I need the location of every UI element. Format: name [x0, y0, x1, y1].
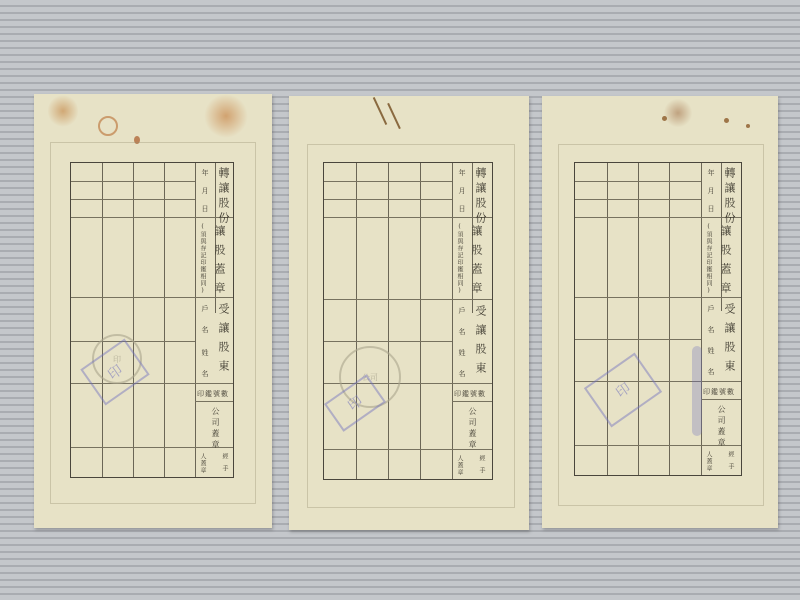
label-month: 月: [707, 187, 714, 196]
transfer-form-middle: 年 月 日 轉讓股份 (須與存記印鑑相同) 讓股蓋章 戶名 姓名 受讓股東 印鑑…: [289, 96, 529, 530]
label-day: 日: [707, 205, 714, 214]
label-handler-seal: 人蓋章: [199, 453, 205, 474]
label-month: 月: [458, 187, 465, 196]
label-household-name: 戶名: [458, 307, 465, 349]
form-title: 轉讓股份: [475, 167, 486, 227]
label-seal-section: 讓股蓋章: [720, 225, 731, 301]
form-grid: 年 月 日 轉讓股份 (須與存記印鑑相同) 讓股蓋章 戶名 姓名 受讓股東 印鑑…: [574, 162, 742, 476]
label-full-name: 姓名: [201, 349, 208, 391]
label-household-name: 戶名: [201, 305, 208, 347]
label-handler: 經手: [221, 453, 227, 477]
label-full-name: 姓名: [707, 347, 714, 389]
label-company-seal: 公司蓋章: [211, 407, 219, 451]
pencil-mark: [387, 103, 401, 129]
label-day: 日: [458, 205, 465, 214]
label-handler-seal: 人蓋章: [705, 451, 711, 472]
label-transferee: 受讓股東: [475, 305, 486, 381]
label-seal-section: 讓股蓋章: [471, 225, 482, 301]
label-year: 年: [458, 169, 465, 178]
label-day: 日: [201, 205, 208, 214]
label-seal-reg-no: 印鑑號數: [454, 389, 486, 399]
label-month: 月: [201, 187, 208, 196]
form-title: 轉讓股份: [218, 167, 229, 227]
rust-dot: [724, 118, 729, 123]
transfer-form-right: 年 月 日 轉讓股份 (須與存記印鑑相同) 讓股蓋章 戶名 姓名 受讓股東 印鑑…: [542, 96, 778, 528]
label-transferee: 受讓股東: [218, 303, 229, 379]
rust-dot: [662, 116, 667, 121]
transfer-form-left: 年 月 日 轉讓股份 (須與存記印鑑相同) 讓股蓋章 戶名 姓名 受讓股東 印鑑…: [34, 94, 272, 528]
rust-stain: [98, 116, 118, 136]
form-grid: 年 月 日 轉讓股份 (須與存記印鑑相同) 讓股蓋章 戶名 姓名 受讓股東 印鑑…: [70, 162, 234, 478]
label-year: 年: [707, 169, 714, 178]
blue-ink-streak: [692, 346, 702, 436]
label-company-seal: 公司蓋章: [717, 405, 725, 449]
label-household-name: 戶名: [707, 305, 714, 347]
label-company-seal: 公司蓋章: [468, 407, 476, 451]
label-full-name: 姓名: [458, 349, 465, 391]
form-title: 轉讓股份: [724, 167, 735, 227]
water-stain: [664, 98, 692, 128]
seal-note: (須與存記印鑑相同): [705, 223, 711, 295]
rust-stain: [48, 94, 78, 128]
label-seal-reg-no: 印鑑號數: [703, 387, 735, 397]
rust-stain: [204, 94, 248, 138]
label-year: 年: [201, 169, 208, 178]
label-handler: 經手: [478, 455, 484, 479]
seal-note: (須與存記印鑑相同): [456, 223, 462, 295]
label-handler-seal: 人蓋章: [456, 455, 462, 476]
label-transferee: 受讓股東: [724, 303, 735, 379]
pencil-mark: [373, 97, 387, 125]
label-seal-reg-no: 印鑑號數: [197, 389, 229, 399]
form-grid: 年 月 日 轉讓股份 (須與存記印鑑相同) 讓股蓋章 戶名 姓名 受讓股東 印鑑…: [323, 162, 493, 480]
label-handler: 經手: [727, 451, 733, 475]
label-seal-section: 讓股蓋章: [214, 225, 225, 301]
rust-dot: [746, 124, 750, 128]
seal-note: (須與存記印鑑相同): [199, 223, 205, 295]
